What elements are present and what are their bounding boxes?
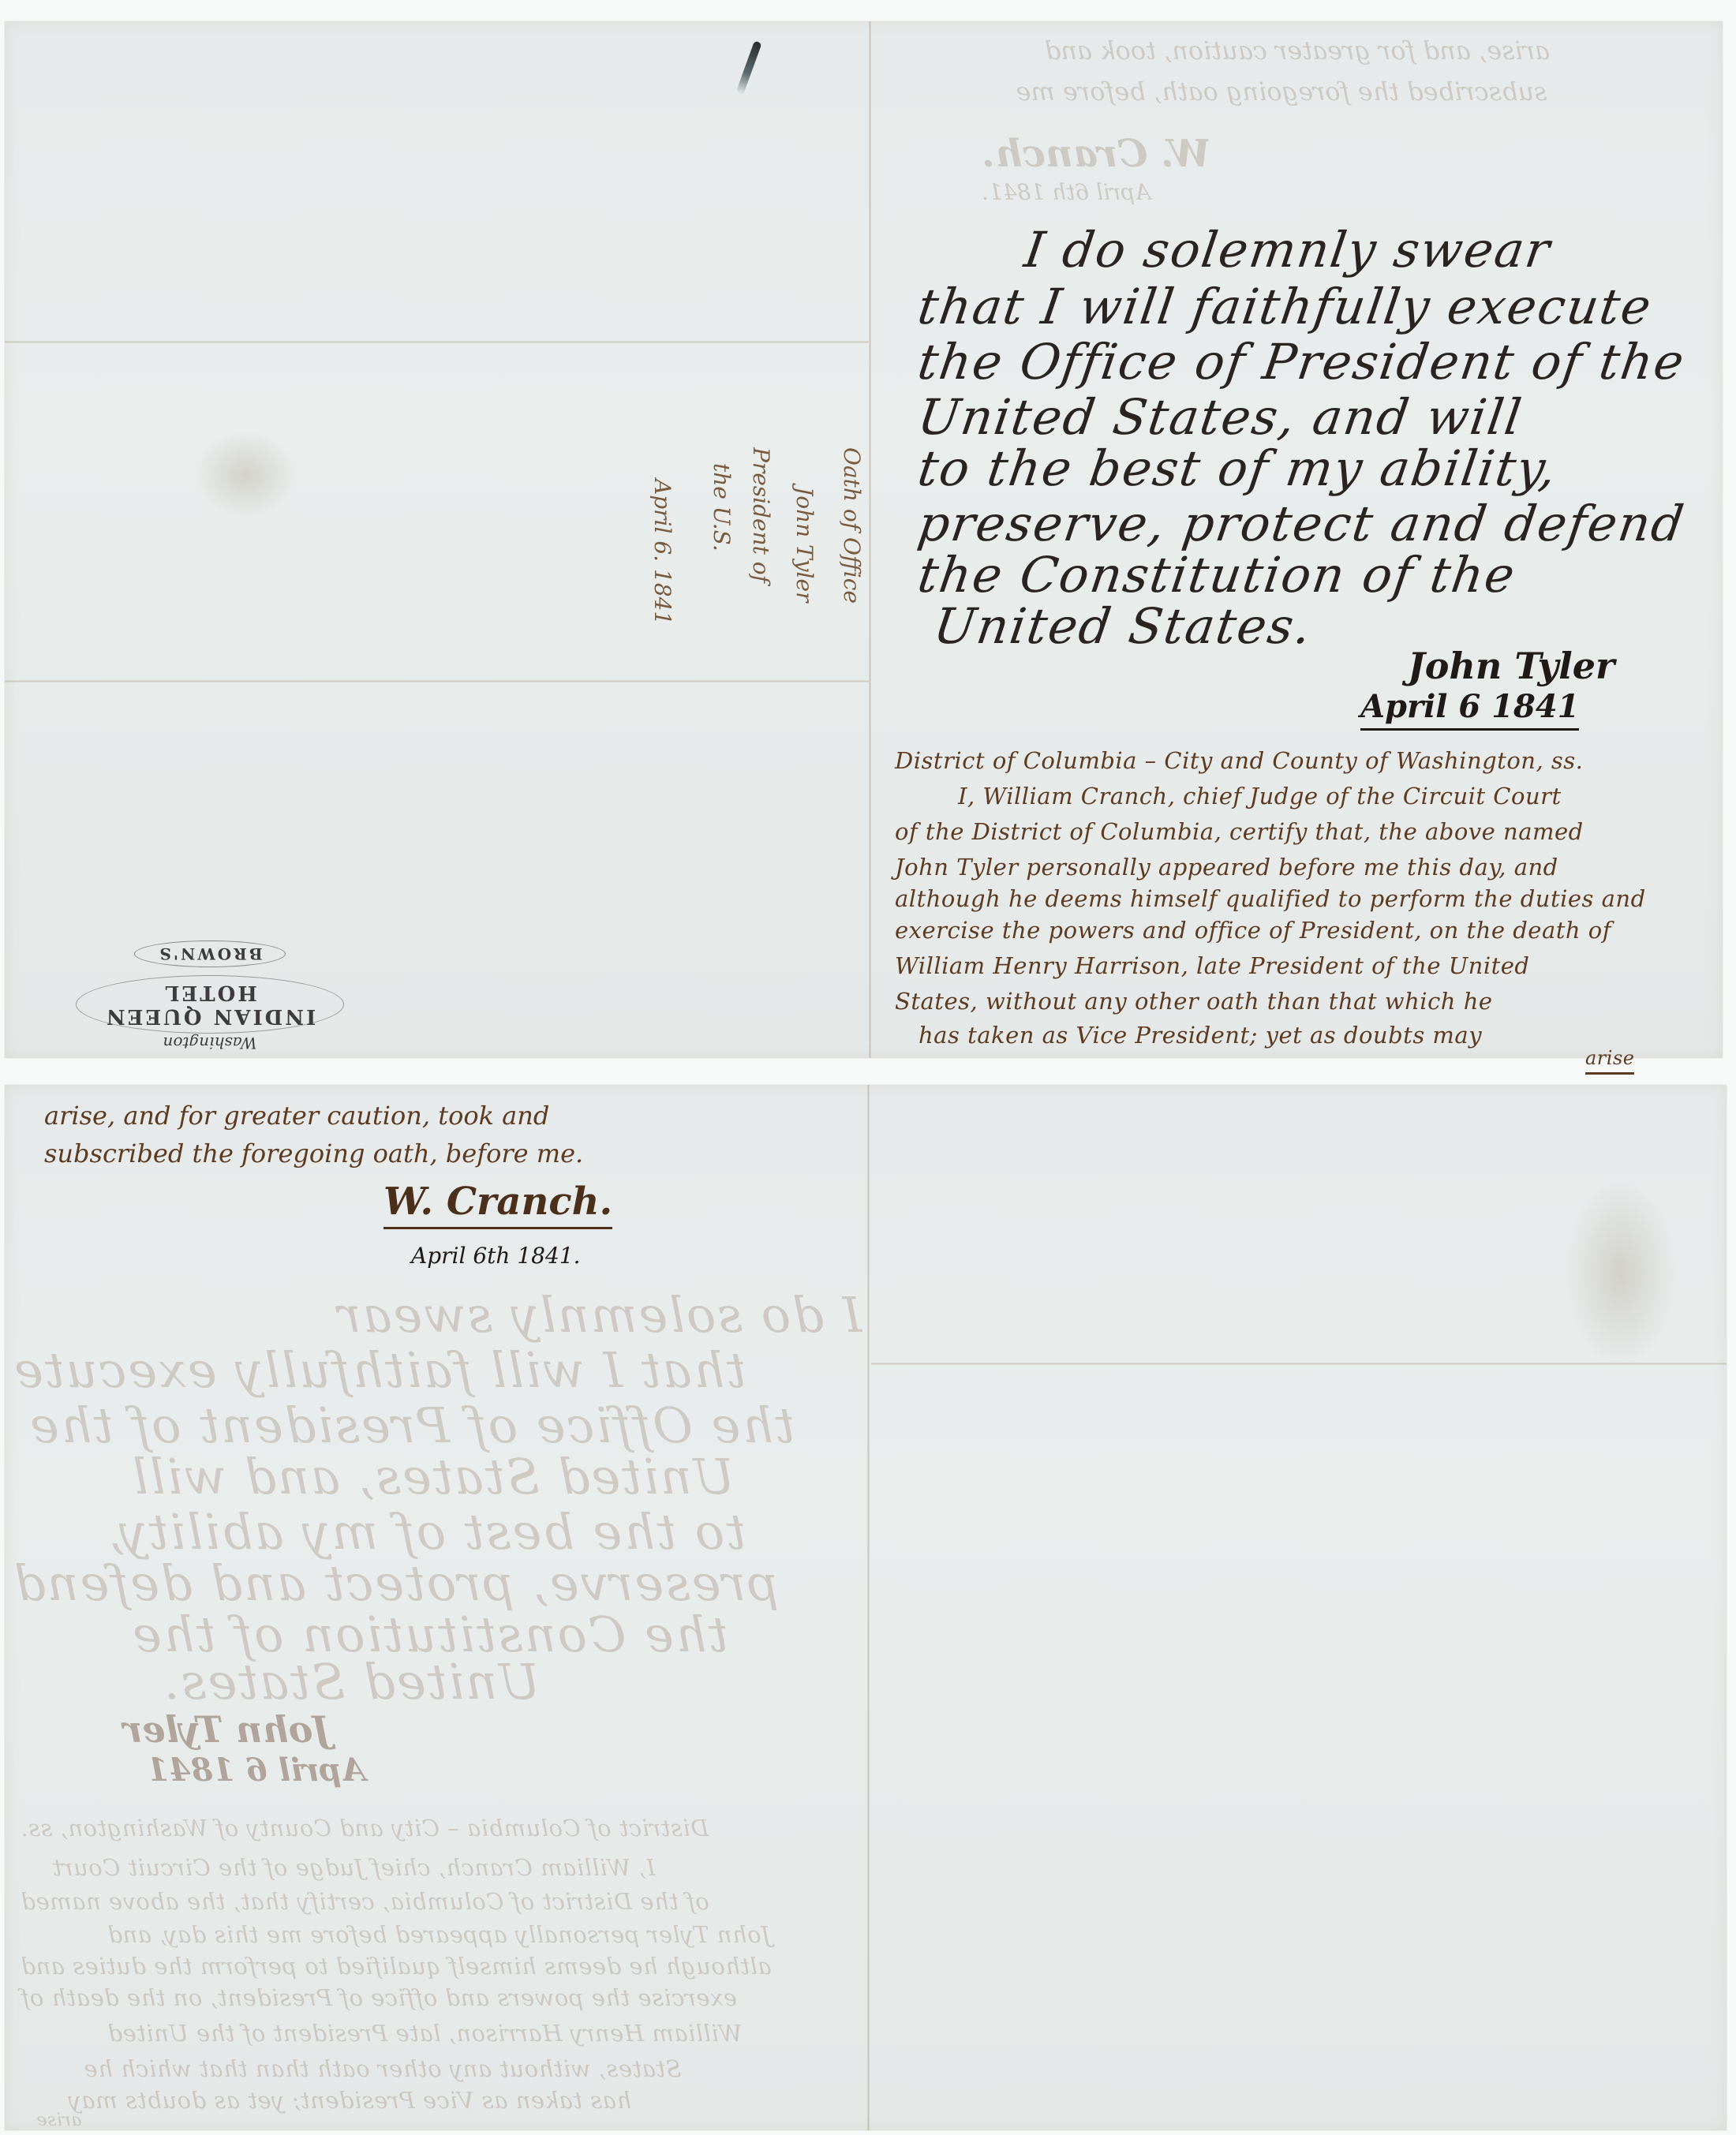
- certificate-continued-line: arise, and for greater caution, took and: [44, 1101, 549, 1131]
- certificate-continued-line: subscribed the foregoing oath, before me…: [44, 1139, 583, 1168]
- certificate-line: exercise the powers and office of Presid…: [895, 917, 1611, 944]
- letterhead-hotel-name: INDIAN QUEEN HOTEL: [104, 981, 316, 1028]
- oath-line: preserve, protect and defend: [915, 495, 1689, 552]
- oath-line: United States, and will: [915, 388, 1526, 446]
- letterhead-city: Washington: [76, 1034, 344, 1053]
- certificate-line: although he deems himself qualified to p…: [895, 885, 1646, 912]
- show-through-oath-line: United States.: [163, 1653, 541, 1711]
- show-through-certificate-line: although he deems himself qualified to p…: [21, 1953, 772, 1980]
- cranch-date: April 6th 1841.: [411, 1243, 581, 1269]
- docket-line: the U.S.: [709, 463, 735, 552]
- show-through-oath-line: the Office of President of the: [28, 1397, 795, 1454]
- certificate-line: States, without any other oath than that…: [895, 988, 1493, 1015]
- show-through-oath-line: United States, and will: [131, 1448, 735, 1505]
- docket-line: President of: [748, 447, 774, 583]
- docket-line: Oath of Office: [839, 447, 865, 604]
- show-through-catchword: arise: [36, 2111, 81, 2130]
- sheet-2: arise, and for greater caution, took and…: [5, 1085, 1727, 2130]
- hotel-letterhead: Washington INDIAN QUEEN HOTEL BROWN'S: [76, 940, 344, 1053]
- show-through-date: April 6th 1841.: [982, 179, 1151, 205]
- sheet-2-right-page: Washington INDIAN QUEEN HOTEL BROWN'S: [871, 1085, 1727, 2130]
- show-through-oath-line: to the best of my ability,: [107, 1503, 746, 1561]
- oath-line: the Constitution of the: [915, 546, 1520, 604]
- paper-stain: [194, 432, 297, 518]
- oath-line: I do solemnly swear: [1021, 221, 1555, 279]
- docket-line: John Tyler: [791, 487, 817, 602]
- show-through-certificate-line: exercise the powers and office of Presid…: [21, 1984, 737, 2011]
- docket: Oath of Office John Tyler President of t…: [628, 447, 865, 731]
- tyler-date: April 6 1841: [1360, 688, 1579, 731]
- sheet-1-left-page: Oath of Office John Tyler President of t…: [5, 21, 869, 1058]
- show-through-certificate-line: States, without any other oath than that…: [84, 2055, 682, 2082]
- sheet-2-left-page: arise, and for greater caution, took and…: [5, 1085, 869, 2130]
- show-through-oath-line: preserve, protect and defend: [13, 1554, 779, 1612]
- show-through-date: April 6 1841: [147, 1752, 365, 1789]
- oath-line: to the best of my ability,: [915, 439, 1561, 497]
- sheet-1-right-page: arise, and for greater caution, took and…: [871, 21, 1723, 1058]
- show-through-certificate-line: of the District of Columbia, certify tha…: [21, 1888, 709, 1915]
- certificate-line: William Henry Harrison, late President o…: [895, 952, 1530, 979]
- show-through-oath-line: I do solemnly swear: [336, 1286, 862, 1344]
- show-through-signature: John Tyler: [123, 1708, 330, 1751]
- oath-line: United States.: [930, 597, 1316, 655]
- catchword: arise: [1585, 1047, 1634, 1075]
- show-through-certificate-line: John Tyler personally appeared before me…: [107, 1921, 771, 1948]
- show-through-text: subscribed the foregoing oath, before me: [895, 77, 1668, 107]
- certificate-line: has taken as Vice President; yet as doub…: [919, 1022, 1482, 1049]
- certificate-line: I, William Cranch, chief Judge of the Ci…: [958, 783, 1562, 810]
- show-through-text: arise, and for greater caution, took and: [926, 36, 1668, 65]
- certificate-heading: District of Columbia – City and County o…: [895, 747, 1583, 774]
- tyler-signature: John Tyler: [1408, 645, 1614, 687]
- show-through-signature: W. Cranch.: [982, 132, 1210, 176]
- paper-stain: [1566, 1180, 1676, 1369]
- letterhead-proprietor: BROWN'S: [134, 940, 285, 967]
- oath-line: the Office of President of the: [915, 333, 1689, 391]
- docket-line: April 6. 1841: [649, 479, 675, 625]
- sheet-1: Oath of Office John Tyler President of t…: [5, 21, 1723, 1058]
- show-through-certificate-line: District of Columbia – City and County o…: [21, 1815, 709, 1841]
- certificate-line: of the District of Columbia, certify tha…: [895, 818, 1584, 845]
- oath-line: that I will faithfully execute: [915, 278, 1656, 335]
- ink-blot: [735, 40, 761, 95]
- show-through-certificate-line: I, William Cranch, chief Judge of the Ci…: [52, 1854, 656, 1881]
- show-through-oath-line: that I will faithfully execute: [13, 1341, 746, 1399]
- show-through-certificate-line: William Henry Harrison, late President o…: [107, 2020, 743, 2047]
- certificate-line: John Tyler personally appeared before me…: [895, 854, 1558, 881]
- cranch-signature: W. Cranch.: [383, 1180, 612, 1229]
- show-through-certificate-line: has taken as Vice President; yet as doub…: [68, 2087, 631, 2114]
